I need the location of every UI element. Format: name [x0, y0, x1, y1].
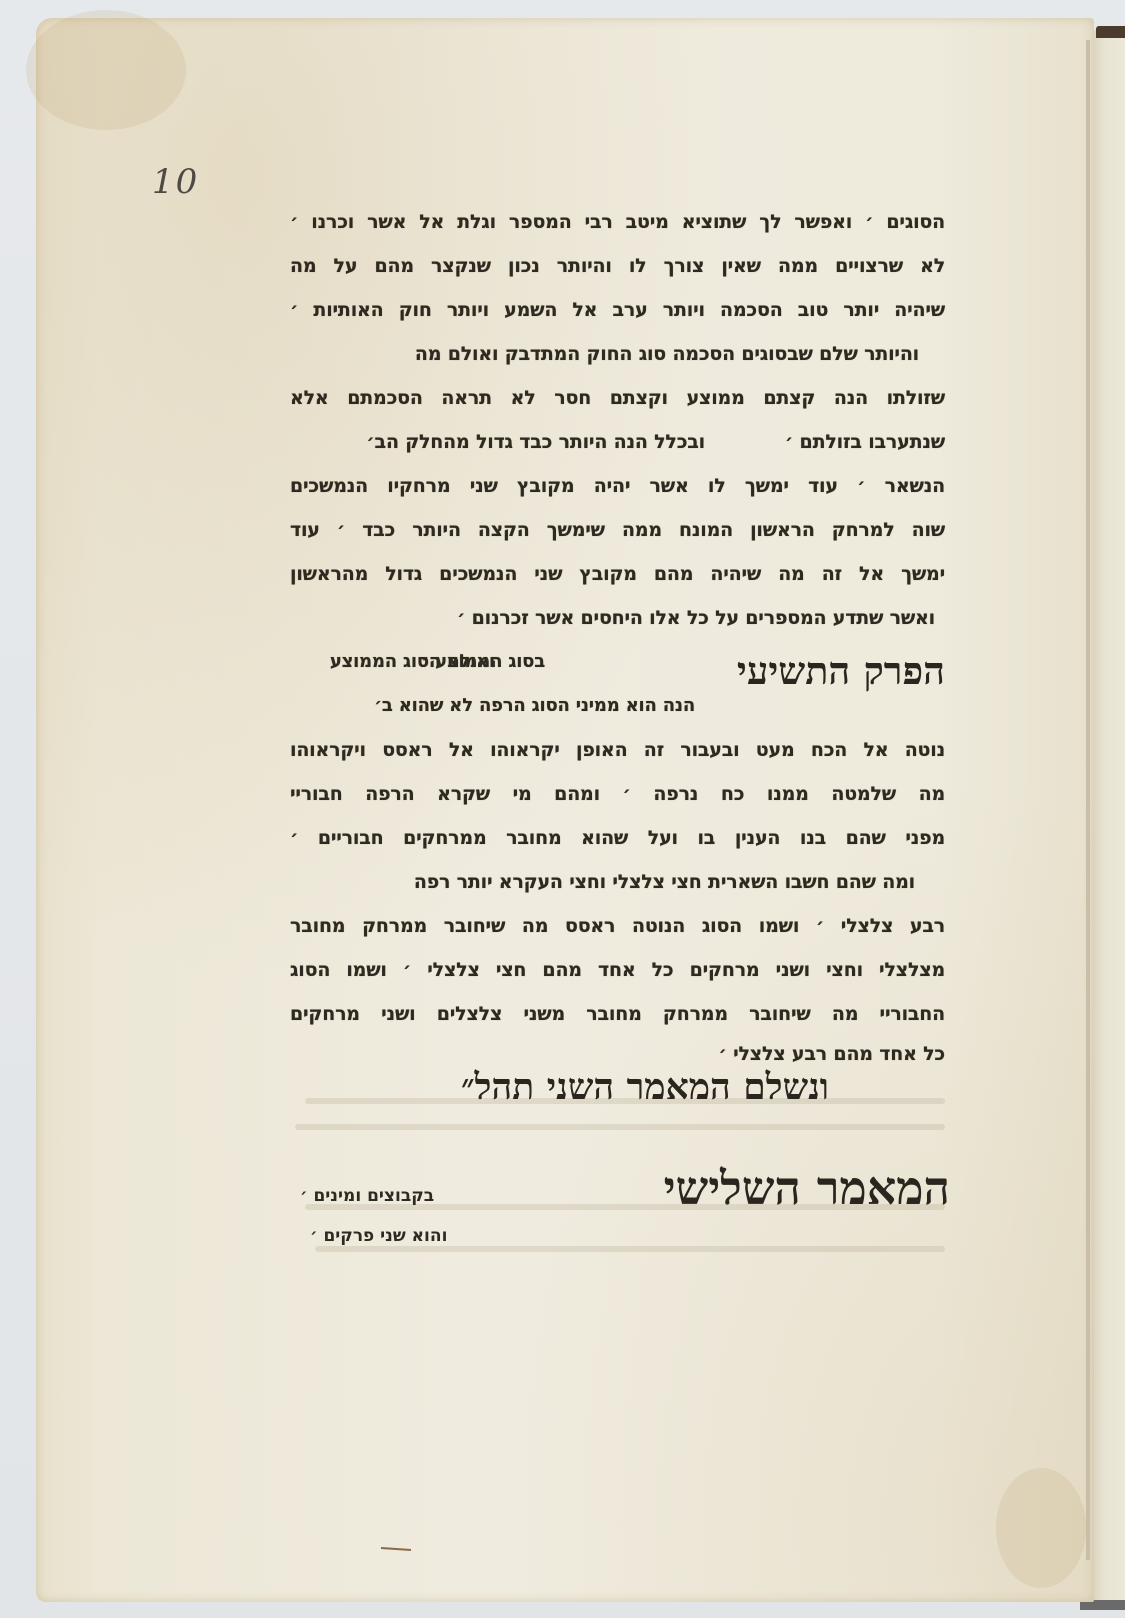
- text-line-2: לא שרצויים ממה שאין צורך לו והיותר נכון …: [290, 254, 945, 278]
- text-line-16: מצלצלי וחצי ושני מרחקים כל אחד מהם חצי צ…: [290, 958, 945, 982]
- folio-number: 10: [152, 162, 199, 202]
- text-line-6b: ובכלל הנה היותר כבד גדול מהחלק הב׳: [366, 430, 705, 454]
- text-line-15: רבע צלצלי ׳ ושמו הסוג הנוטה ראסס מה שיחו…: [290, 914, 945, 938]
- text-line-6a: שנתערבו בזולתם ׳: [785, 430, 945, 454]
- binding-cap-top: [1096, 26, 1125, 38]
- third-treatise-subtitle-1: בקבוצים ומינים ׳: [300, 1186, 434, 1206]
- end-of-treatise-heading: ונשלם המאמר השני תהל״: [460, 1066, 830, 1108]
- text-line-4: והיותר שלם שבסוגים הסכמה סוג החוק המתדבק…: [415, 342, 919, 366]
- text-line-3: שיהיה יותר טוב הסכמה ויותר ערב אל השמע ו…: [290, 298, 945, 322]
- bleed-through-line: [295, 1124, 945, 1130]
- third-treatise-title: המאמר השלישי: [610, 1161, 950, 1215]
- text-line-8: שוה למרחק הראשון המונח ממה שימשך הקצה הי…: [290, 518, 945, 542]
- text-line-7: הנשאר ׳ עוד ימשך לו אשר יהיה מקובץ שני מ…: [290, 474, 945, 498]
- bleed-through-line: [315, 1246, 945, 1252]
- book-binding-edge: [1090, 30, 1125, 1600]
- text-line-14: ומה שהם חשבו השארית חצי צלצלי וחצי העקרא…: [414, 870, 915, 894]
- chapter-line-2: הנה הוא ממיני הסוג הרפה לא שהוא ב׳: [374, 694, 695, 718]
- text-line-17: החבוריי מה שיחובר ממרחק מחובר משני צלצלי…: [290, 1002, 945, 1026]
- text-line-11: נוטה אל הכח מעט ובעבור זה האופן יקראוהו …: [290, 738, 945, 762]
- text-line-1: הסוגים ׳ ואפשר לך שתוציא מיטב רבי המספר …: [290, 210, 945, 234]
- paper-stain: [26, 10, 186, 130]
- text-line-18: כל אחד מהם רבע צלצלי ׳: [718, 1042, 945, 1066]
- page-edge: [1086, 40, 1090, 1560]
- text-line-5: שזולתו הנה קצתם ממוצע וקצתם חסר לא תראה …: [290, 386, 945, 410]
- text-line-13: מפני שהם בנו הענין בו ועל שהוא מחובר ממר…: [290, 826, 945, 850]
- text-line-10: ואשר שתדע המספרים על כל אלו היחסים אשר ז…: [457, 606, 935, 630]
- paper-stain: [996, 1468, 1086, 1588]
- third-treatise-subtitle-2: והוא שני פרקים ׳: [310, 1226, 447, 1246]
- chapter-inline-left: ואולם הסוג הממוצע: [330, 650, 495, 674]
- text-line-12: מה שלמטה ממנו כח נרפה ׳ ומהם מי שקרא הרפ…: [290, 782, 945, 806]
- text-line-9: ימשך אל זה מה שיהיה מהם מקובץ שני הנמשכי…: [290, 562, 945, 586]
- ink-mark: [381, 1547, 411, 1551]
- chapter-heading: הפרק התשיעי: [737, 648, 945, 694]
